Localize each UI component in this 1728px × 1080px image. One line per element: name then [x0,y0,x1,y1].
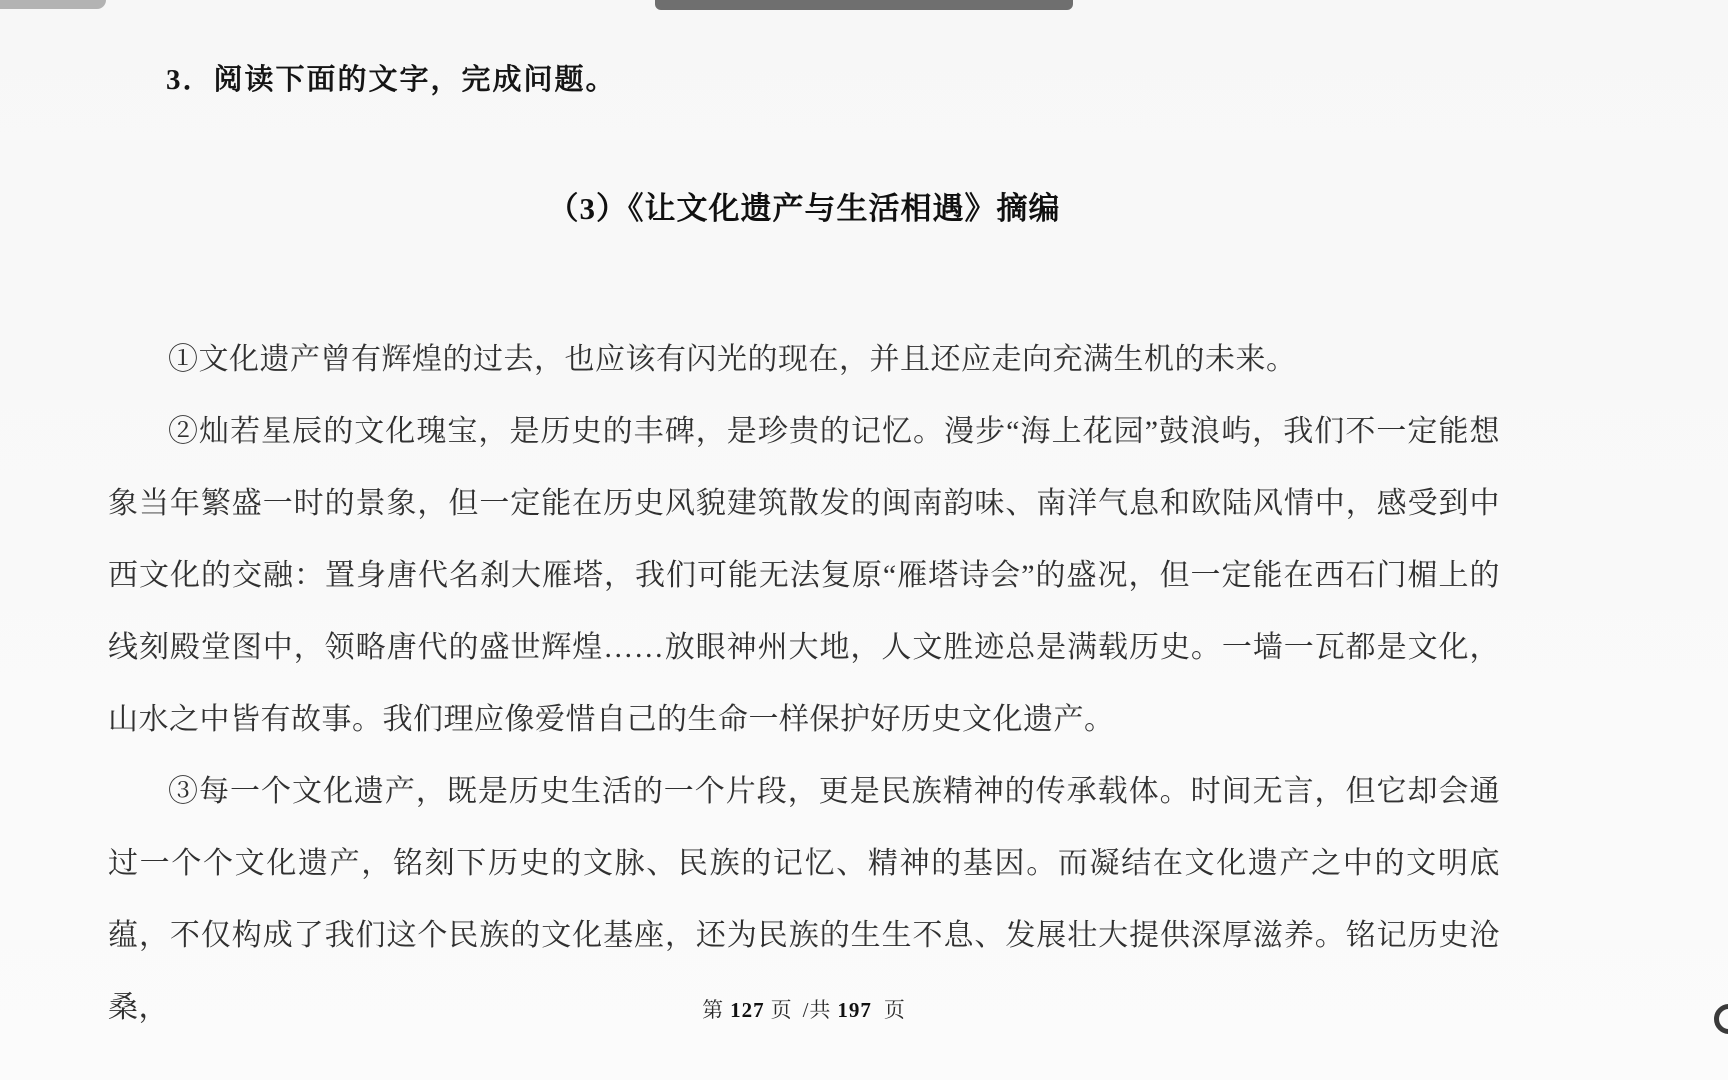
total-unit-label: 页 [884,998,906,1022]
document-content: 3．阅读下面的文字，完成问题。 （3）《让文化遗产与生活相遇》摘编 ①文化遗产曾… [108,0,1500,1044]
top-left-tab[interactable] [0,0,106,9]
question-heading: 3．阅读下面的文字，完成问题。 [108,0,1500,102]
total-separator-label: /共 [803,998,832,1022]
page-indicator: 第127页/共197页 [108,994,1500,1024]
body-text: ①文化遗产曾有辉煌的过去，也应该有闪光的现在，并且还应走向充满生机的未来。 ②灿… [108,324,1500,1044]
current-page-number: 127 [730,998,765,1022]
section-title: （3）《让文化遗产与生活相遇》摘编 [108,186,1500,232]
document-page: 3．阅读下面的文字，完成问题。 （3）《让文化遗产与生活相遇》摘编 ①文化遗产曾… [0,0,1728,1080]
paragraph-1: ①文化遗产曾有辉煌的过去，也应该有闪光的现在，并且还应走向充满生机的未来。 [108,324,1500,396]
edge-floating-button[interactable] [1714,1004,1728,1034]
page-unit-label: 页 [771,998,793,1022]
total-page-number: 197 [837,998,872,1022]
paragraph-2: ②灿若星辰的文化瑰宝，是历史的丰碑，是珍贵的记忆。漫步“海上花园”鼓浪屿，我们不… [108,396,1500,756]
page-prefix-label: 第 [702,998,724,1022]
